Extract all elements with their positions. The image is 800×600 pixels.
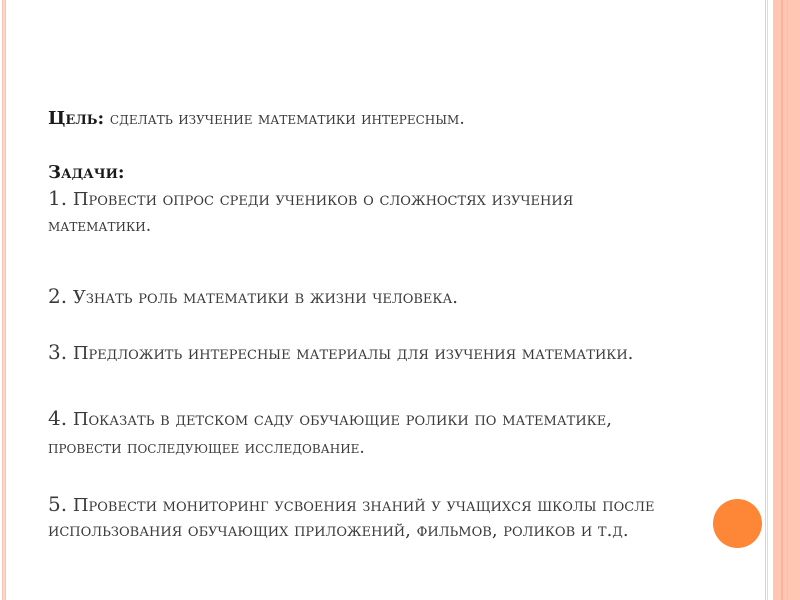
right-border-stripe (787, 0, 788, 600)
right-border-stripe (781, 0, 783, 600)
goal-label: Цель: (48, 108, 104, 129)
right-border-stripe (765, 0, 766, 600)
right-border-stripe (767, 0, 768, 600)
goal-line: Цель: сделать изучение математики интере… (48, 108, 465, 129)
task-text: Показать в детском саду обучающие ролики… (73, 409, 612, 430)
task-4-continuation: провести последующее исследование. (48, 438, 365, 458)
task-5: 5. Провести мониторинг усвоения знаний у… (48, 492, 655, 516)
tasks-heading: Задачи: (48, 162, 125, 183)
task-3: 3. Предложить интересные материалы для и… (48, 340, 633, 364)
task-number: 1. (48, 186, 67, 210)
task-text: Узнать роль математики в жизни человека. (73, 287, 458, 308)
task-number: 2. (48, 284, 67, 308)
task-1-continuation: математики. (48, 216, 151, 236)
task-number: 5. (48, 492, 67, 516)
task-text: Предложить интересные материалы для изуч… (73, 343, 634, 364)
task-1: 1. Провести опрос среди учеников о сложн… (48, 186, 573, 210)
left-border-stripe (5, 0, 6, 600)
task-number: 3. (48, 340, 67, 364)
task-5-continuation: использования обучающих приложений, филь… (48, 520, 629, 541)
task-text: Провести мониторинг усвоения знаний у уч… (73, 495, 655, 516)
task-2: 2. Узнать роль математики в жизни челове… (48, 284, 458, 308)
task-text: Провести опрос среди учеников о сложност… (73, 189, 573, 210)
decorative-circle (713, 499, 762, 548)
task-4: 4. Показать в детском саду обучающие рол… (48, 406, 612, 430)
goal-text: сделать изучение математики интересным. (110, 109, 465, 129)
task-number: 4. (48, 406, 67, 430)
